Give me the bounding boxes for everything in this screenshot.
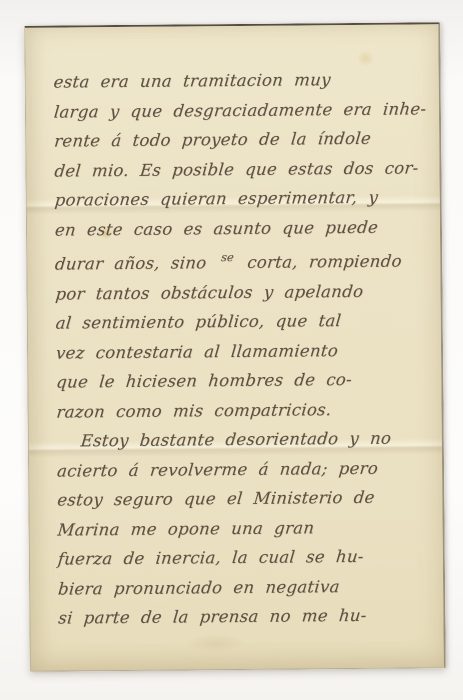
line-text: rente á todo proyeto de la índole bbox=[53, 129, 372, 151]
letter-line: esta era una tramitacion muy bbox=[52, 64, 430, 97]
line-text: que le hiciesen hombres de co- bbox=[55, 370, 353, 392]
line-text: por tantos obstáculos y apelando bbox=[55, 281, 365, 303]
letter-line: acierto á revolverme á nada; pero bbox=[56, 453, 434, 486]
letter-line: del mio. Es posible que estas dos cor- bbox=[53, 153, 431, 186]
letter-line: larga y que desgraciadamente era inhe- bbox=[53, 94, 431, 127]
line-text: larga y que desgraciadamente era inhe- bbox=[53, 99, 427, 121]
letter-line: vez contestaria al llamamiento bbox=[55, 335, 433, 368]
paper-stain bbox=[186, 634, 246, 653]
letter-line: al sentimiento público, que tal bbox=[54, 305, 432, 338]
line-text: poraciones quieran esperimentar, y bbox=[54, 188, 379, 210]
letter-line: rente á todo proyeto de la índole bbox=[53, 123, 431, 156]
line-text: en este caso es asunto que puede bbox=[54, 217, 379, 239]
line-text: fuerza de inercia, la cual se hu- bbox=[57, 547, 365, 569]
letter-line: por tantos obstáculos y apelando bbox=[54, 276, 432, 309]
letter-line: si parte de la prensa no me hu- bbox=[57, 600, 435, 633]
line-text: durar años, sino bbox=[54, 253, 207, 273]
letter-paper: esta era una tramitacion muy larga y que… bbox=[24, 22, 446, 672]
letter-line: biera pronunciado en negativa bbox=[57, 571, 435, 604]
line-text: si parte de la prensa no me hu- bbox=[57, 606, 367, 628]
line-text: razon como mis compatricios. bbox=[56, 400, 333, 421]
line-text: corta, rompiendo bbox=[246, 252, 402, 272]
letter-line: Estoy bastante desorientado y no bbox=[55, 423, 433, 456]
letter-line: en este caso es asunto que puede bbox=[54, 212, 432, 245]
letter-line: Marina me opone una gran bbox=[56, 512, 434, 545]
letter-line: fuerza de inercia, la cual se hu- bbox=[56, 541, 434, 574]
line-text: esta era una tramitacion muy bbox=[53, 70, 332, 91]
line-text: Marina me opone una gran bbox=[57, 518, 316, 539]
paper-stain bbox=[355, 51, 375, 66]
letter-line: durar años, sino se corta, rompiendo bbox=[54, 241, 432, 279]
line-text: estoy seguro que el Ministerio de bbox=[56, 488, 375, 510]
line-text: biera pronunciado en negativa bbox=[57, 577, 340, 598]
letter-line: estoy seguro que el Ministerio de bbox=[56, 482, 434, 515]
line-text: vez contestaria al llamamiento bbox=[55, 341, 339, 362]
line-text: acierto á revolverme á nada; pero bbox=[56, 458, 379, 480]
line-text: Estoy bastante desorientado y no bbox=[80, 429, 392, 451]
line-text: al sentimiento público, que tal bbox=[55, 311, 342, 333]
photo-background: esta era una tramitacion muy larga y que… bbox=[0, 0, 463, 700]
line-text: del mio. Es posible que estas dos cor- bbox=[54, 158, 420, 180]
letter-line: que le hiciesen hombres de co- bbox=[55, 364, 433, 397]
inserted-word: se bbox=[220, 250, 234, 264]
letter-line: razon como mis compatricios. bbox=[55, 394, 433, 427]
letter-body: esta era una tramitacion muy larga y que… bbox=[54, 64, 434, 633]
letter-line: poraciones quieran esperimentar, y bbox=[53, 182, 431, 215]
